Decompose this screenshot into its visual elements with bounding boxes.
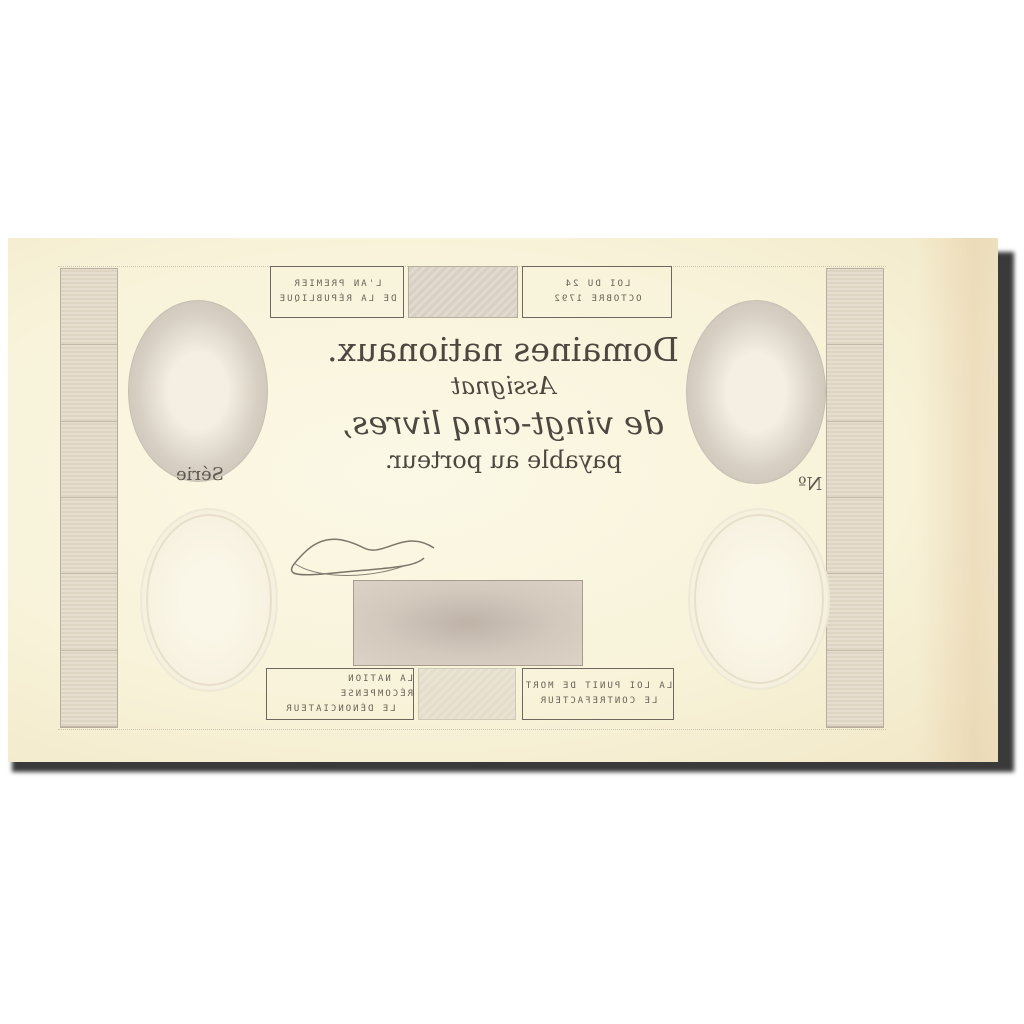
denomination-text: de vingt-cinq livres, bbox=[342, 404, 663, 442]
payable-text: payable au porteur. bbox=[385, 446, 622, 474]
embossed-oval-left bbox=[140, 508, 278, 692]
header-box-right: LOI DU 24 OCTOBRE 1792 bbox=[522, 266, 672, 318]
embossed-oval-right bbox=[688, 508, 830, 690]
header-box-left: L'AN PREMIER DE LA RÉPUBLIQUE bbox=[270, 266, 404, 318]
banknote: L'AN PREMIER DE LA RÉPUBLIQUE LOI DU 24 … bbox=[8, 238, 998, 762]
footer-box-left: LA NATION RÉCOMPENSE LE DÉNONCIATEUR bbox=[266, 668, 414, 720]
title-text: Domaines nationaux. bbox=[327, 330, 679, 369]
footer-vignette bbox=[418, 668, 516, 720]
number-label: Nº bbox=[798, 474, 822, 495]
header-vignette bbox=[408, 266, 518, 318]
signature-flourish bbox=[274, 518, 444, 588]
center-vignette bbox=[353, 580, 583, 666]
footer-box-right: LA LOI PUNIT DE MORT LE CONTREFACTEUR bbox=[522, 668, 674, 720]
serie-label: Série bbox=[176, 464, 224, 485]
assignat-text: Assignat bbox=[451, 372, 555, 400]
